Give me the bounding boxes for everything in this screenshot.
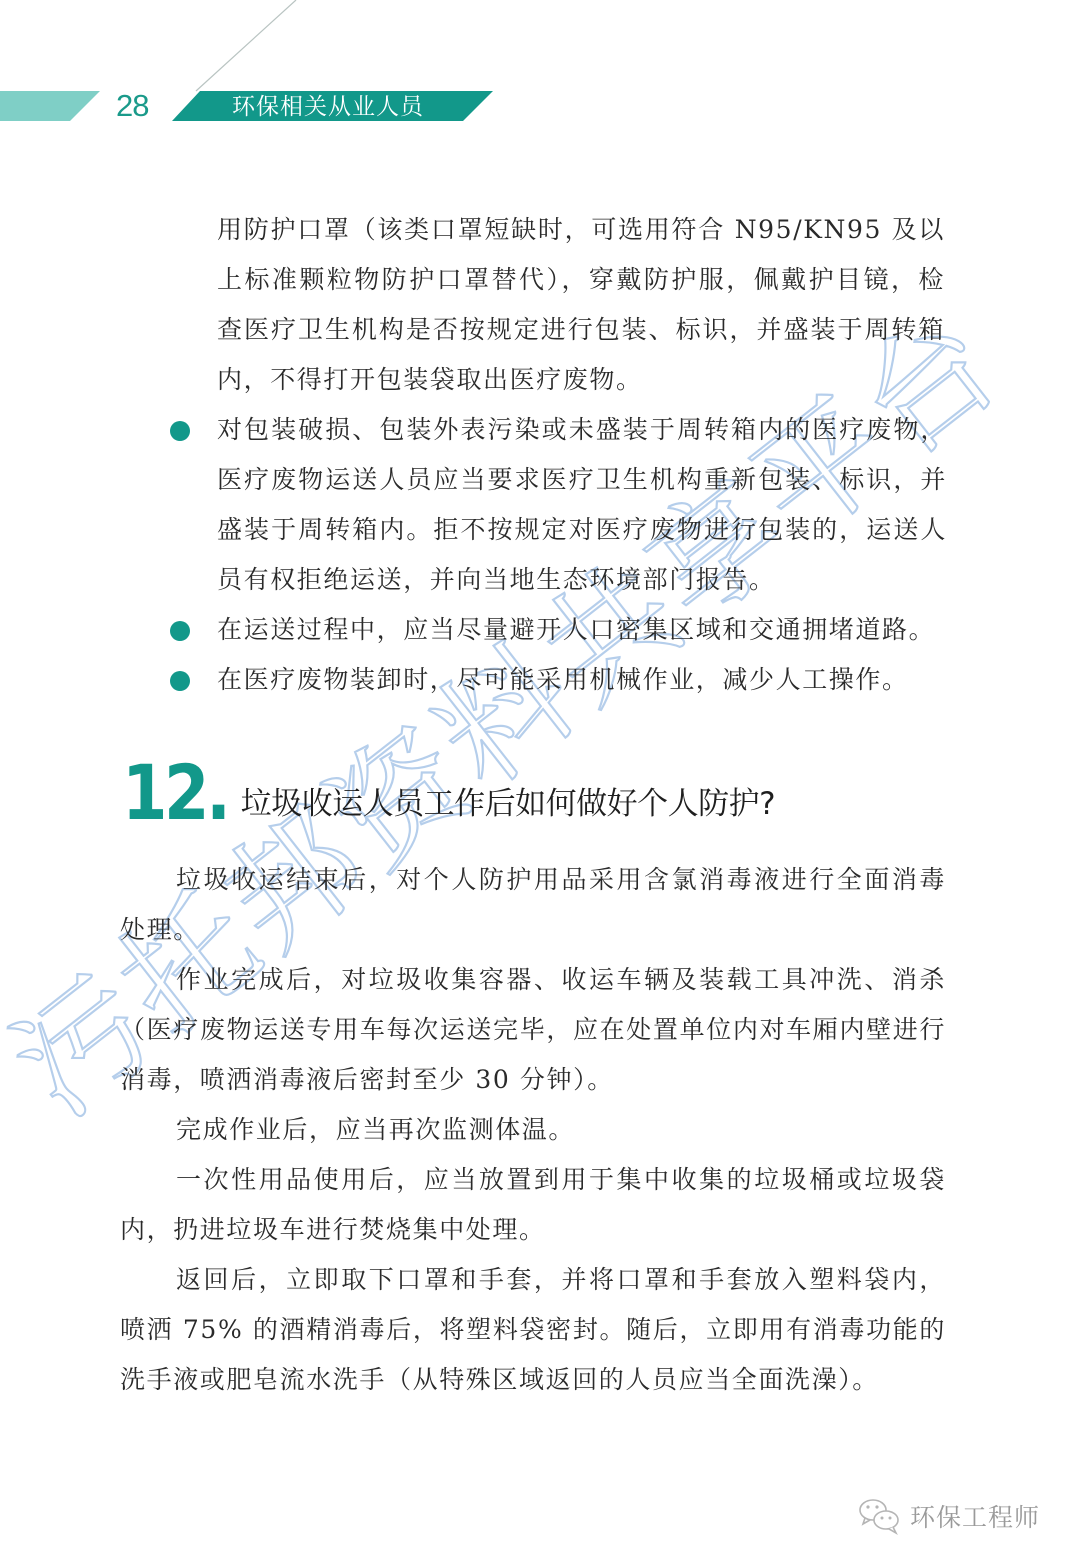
body-paragraph: 一次性用品使用后，应当放置到用于集中收集的垃圾桶或垃圾袋内，扔进垃圾车进行焚烧集…: [120, 1155, 946, 1255]
section-title: 垃圾收运人员工作后如何做好个人防护?: [241, 784, 775, 824]
bullet-item: 在运送过程中，应当尽量避开人口密集区域和交通拥堵道路。: [217, 605, 947, 655]
body-paragraph: 返回后，立即取下口罩和手套，并将口罩和手套放入塑料袋内，喷洒 75% 的酒精消毒…: [120, 1255, 946, 1405]
header-diagonal-line: [196, 0, 296, 91]
bullet-text: 在运送过程中，应当尽量避开人口密集区域和交通拥堵道路。: [217, 615, 935, 644]
continuation-paragraph: 用防护口罩（该类口罩短缺时，可选用符合 N95/KN95 及以上标准颗粒物防护口…: [217, 205, 945, 405]
bullet-item: 对包装破损、包装外表污染或未盛装于周转箱内的医疗废物，医疗废物运送人员应当要求医…: [217, 405, 947, 605]
bullet-item: 在医疗废物装卸时，尽可能采用机械作业，减少人工操作。: [217, 655, 947, 705]
header-band: [0, 0, 1080, 140]
footer-brand-name: 环保工程师: [910, 1498, 1040, 1534]
section-heading: 12. 垃圾收运人员工作后如何做好个人防护?: [122, 748, 775, 828]
wechat-icon: [858, 1496, 902, 1536]
body-paragraph: 垃圾收运结束后，对个人防护用品采用含氯消毒液进行全面消毒处理。: [120, 855, 946, 955]
page-number: 28: [116, 88, 148, 124]
chapter-title: 环保相关从业人员: [232, 92, 424, 122]
bullet-text: 在医疗废物装卸时，尽可能采用机械作业，减少人工操作。: [217, 665, 909, 694]
footer-brand: 环保工程师: [858, 1496, 1040, 1536]
section-number: 12.: [122, 758, 227, 828]
bullet-dot-icon: [170, 421, 190, 441]
bullet-dot-icon: [170, 621, 190, 641]
body-paragraph: 作业完成后，对垃圾收集容器、收运车辆及装载工具冲洗、消杀（医疗废物运送专用车每次…: [120, 955, 946, 1105]
bullet-text: 对包装破损、包装外表污染或未盛装于周转箱内的医疗废物，医疗废物运送人员应当要求医…: [217, 415, 947, 594]
bullet-dot-icon: [170, 671, 190, 691]
body-paragraph: 完成作业后，应当再次监测体温。: [120, 1105, 946, 1155]
header-light-band: [0, 91, 100, 121]
